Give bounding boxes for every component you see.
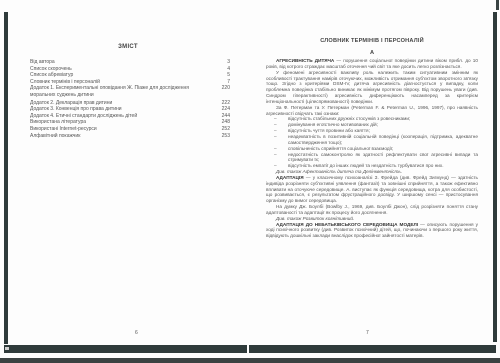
entry-paragraph: За Ф. Петерман та У. Петерман (Peterman … — [266, 105, 478, 117]
toc-item-label: Від автора — [30, 59, 190, 66]
toc-item: Використані Internet-ресурси 252 — [30, 126, 240, 133]
toc-item-label: Словник термінів і персоналій — [30, 79, 190, 86]
toc-item-label: Додаток 3. Конвенція про права дитини — [30, 106, 190, 113]
scan-edge-bottom — [4, 345, 496, 353]
toc-item-label: Додаток 2. Декларація прав дитини — [30, 100, 190, 107]
list-item: неадекватність в позитивній соціальній п… — [274, 134, 478, 146]
toc-item: Використана література 248 — [30, 119, 240, 126]
toc-item: Словник термінів і персоналій 7 — [30, 79, 240, 86]
toc-item: Від автора 3 — [30, 59, 240, 66]
list-item: відсутність емпатії до інших людей та не… — [274, 163, 478, 169]
entry-term: АДАПТАЦІЯ ДО НЕБАТЬКІВСЬКОГО СЕРЕДОВИЩА … — [276, 222, 418, 227]
toc-item-label: Використана література — [30, 119, 190, 126]
entry-paragraph: На думку Дж. Боулбі (Bowlby J., 1969, ди… — [266, 204, 478, 216]
page-number: 6 — [135, 330, 138, 336]
toc-item-page: 244 — [210, 113, 230, 120]
toc-title: ЗМІСТ — [8, 44, 248, 50]
glossary-body: АГРЕСИВНІСТЬ ДИТЯЧА — порушення соціальн… — [266, 58, 478, 239]
page-number: 7 — [366, 330, 369, 336]
scan-edge-right — [493, 12, 497, 342]
toc-item: Алфавітний покажчик 253 — [30, 133, 240, 140]
toc-item: Додаток 4. Етичні стандарти досліджень д… — [30, 113, 240, 120]
toc-item-label: Додаток 4. Етичні стандарти досліджень д… — [30, 113, 190, 120]
toc-item: Список скорочень 4 — [30, 66, 240, 73]
toc-item: Додаток 3. Конвенція про права дитини 22… — [30, 106, 240, 113]
glossary-entry: АДАПТАЦІЯ — у класичному психоаналізі З.… — [266, 175, 478, 204]
toc-item-page: 4 — [210, 66, 230, 73]
entry-term: АДАПТАЦІЯ — [276, 175, 304, 180]
toc-item-page: 252 — [210, 126, 230, 133]
toc-item-page: 224 — [210, 106, 230, 113]
left-page: ЗМІСТ Від автора 3 Список скорочень 4 Сп… — [8, 0, 248, 345]
toc-item-page: 248 — [210, 119, 230, 126]
toc-item-label: Список скорочень — [30, 66, 190, 73]
entry-paragraph: У феномені агресивності важливу роль нал… — [266, 70, 478, 105]
toc-item: Додаток 1. Експериментальні оповідання Ж… — [30, 85, 240, 98]
list-item: недостатність самоконтролю як здатності … — [274, 152, 478, 164]
toc-item-label: Додаток 1. Експериментальні оповідання Ж… — [30, 85, 190, 98]
scan-edge-top-right — [496, 0, 499, 10]
glossary-letter-heading: А — [252, 50, 492, 56]
toc-item: Список абревіатур 5 — [30, 72, 240, 79]
glossary-title: СЛОВНИК ТЕРМІНІВ І ПЕРСОНАЛІЙ — [252, 38, 492, 44]
scanned-book-spread: ЗМІСТ Від автора 3 Список скорочень 4 Сп… — [0, 0, 500, 363]
toc-item-label: Використані Internet-ресурси — [30, 126, 190, 133]
corner-mark — [5, 347, 9, 350]
right-page: СЛОВНИК ТЕРМІНІВ І ПЕРСОНАЛІЙ А АГРЕСИВН… — [252, 0, 492, 345]
toc-item: Додаток 2. Декларація прав дитини 222 — [30, 100, 240, 107]
glossary-entry: АГРЕСИВНІСТЬ ДИТЯЧА — порушення соціальн… — [266, 58, 478, 70]
toc-item-page: 253 — [210, 133, 230, 140]
entry-term: АГРЕСИВНІСТЬ ДИТЯЧА — [276, 58, 334, 63]
signs-list: відсутність стабільних дружніх стосунків… — [266, 116, 478, 169]
toc-item-page: 222 — [210, 100, 230, 107]
toc-item-page: 3 — [210, 59, 230, 66]
scan-bottom-strip — [0, 358, 500, 363]
toc-item-page: 220 — [210, 85, 230, 92]
toc-item-page: 5 — [210, 72, 230, 79]
glossary-entry: АДАПТАЦІЯ ДО НЕБАТЬКІВСЬКОГО СЕРЕДОВИЩА … — [266, 222, 478, 240]
table-of-contents: Від автора 3 Список скорочень 4 Список а… — [30, 59, 240, 139]
toc-item-label: Алфавітний покажчик — [30, 133, 190, 140]
toc-item-label: Список абревіатур — [30, 72, 190, 79]
toc-item-page: 7 — [210, 79, 230, 86]
